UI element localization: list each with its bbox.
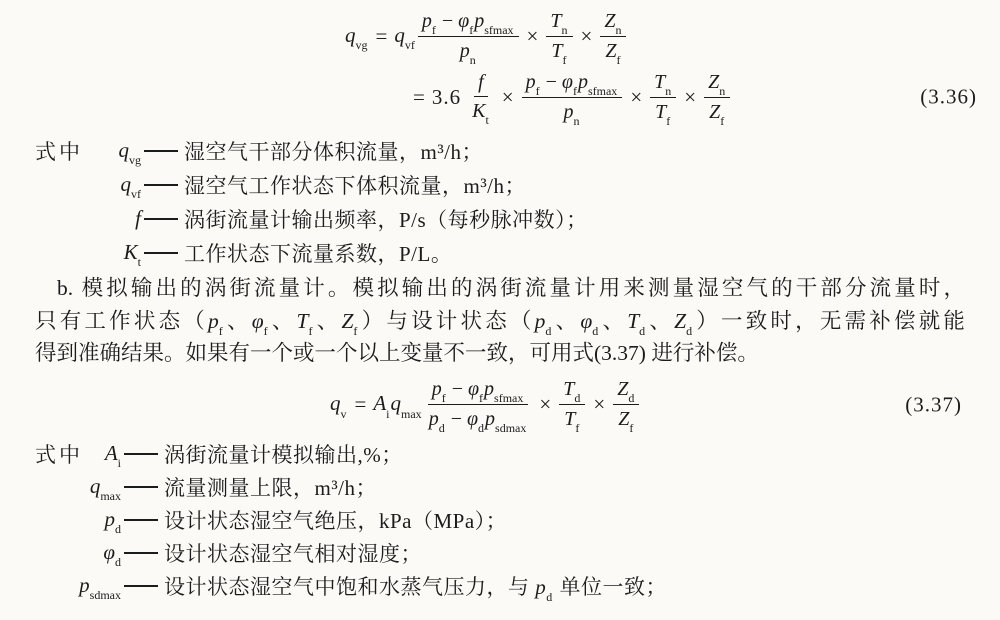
math-variable: f (135, 206, 141, 230)
definition-list-2: 式中 Ai 涡街流量计模拟输出,%； qmax 流量测量上限，m³/h； pd … (0, 438, 1000, 603)
fraction-temperature: Tn Tf (650, 70, 676, 125)
term: φd (103, 540, 122, 566)
math-variable: p (474, 10, 484, 32)
definition-dash (124, 552, 158, 554)
definition-text: 设计状态湿空气绝压，kPa（MPa）； (164, 505, 507, 535)
definition-dash (124, 453, 158, 455)
fraction-numerator: Zn (704, 70, 730, 98)
math-operator: × (527, 24, 539, 49)
fraction-denominator: Tf (651, 98, 675, 125)
definition-text: 湿空气干部分体积流量，m³/h； (184, 136, 483, 166)
math-term: Ai (373, 391, 390, 417)
fraction-compressibility: Zd Zf (613, 377, 639, 432)
term-cell: Kt (35, 240, 142, 266)
term: f (135, 206, 142, 232)
math-subscript: f (616, 53, 620, 67)
fraction-denominator: Zf (705, 98, 729, 125)
math-variable: T (564, 408, 575, 430)
math-variable: A (373, 391, 386, 415)
math-variable: q (90, 474, 101, 498)
definition-dash (144, 252, 178, 254)
math-subscript: f (666, 114, 670, 128)
math-term: qv (330, 391, 348, 417)
math-variable: T (551, 40, 562, 62)
math-variable: Z (709, 101, 720, 123)
fraction-pressure-ratio: pf−φfpsfmax pd−φdpsdmax (425, 377, 532, 432)
math-term: qmax (391, 391, 423, 417)
document-page: qvg = qvf pf−φfpsfmax pn × Tn Tf × Zn Zf… (0, 0, 1000, 603)
math-subscript: sfmax (588, 84, 617, 98)
math-subscript: v (341, 407, 347, 421)
text-run: ）一致时，无需补偿就能 (693, 309, 965, 333)
math-subscript: f (720, 114, 724, 128)
math-variable: q (391, 391, 402, 415)
definition-text: 流量测量上限，m³/h； (164, 472, 377, 502)
math-subscript: vf (131, 187, 141, 201)
math-operator: = (413, 85, 425, 110)
fraction-denominator: Tf (560, 405, 584, 432)
term-cell: f (35, 206, 142, 232)
paragraph-line: b. 模拟输出的涡街流量计。模拟输出的涡街流量计用来测量湿空气的干部分流量时， (35, 272, 965, 305)
paragraph-line: 得到准确结果。如果有一个或一个以上变量不一致，可用式(3.37) 进行补偿。 (35, 337, 965, 370)
math-variable: p (460, 40, 470, 62)
math-subscript: vg (129, 153, 141, 167)
term: qvf (121, 172, 143, 198)
definition-item: Kt 工作状态下流量系数，P/L。 (0, 236, 1000, 270)
definition-dash (124, 519, 158, 521)
math-variable: T (550, 10, 561, 32)
math-subscript: d (115, 555, 121, 569)
fraction-denominator: Zf (614, 405, 638, 432)
definition-text: 设计状态湿空气相对湿度； (164, 538, 422, 568)
math-variable: Z (708, 71, 719, 93)
definition-text: 工作状态下流量系数，P/L。 (184, 238, 452, 268)
math-variable: q (119, 138, 130, 162)
math-variable: φ (468, 378, 479, 400)
paragraph-line: 只有工作状态（pf、φf、Tf、Zf）与设计状态（pd、φd、Td、Zd）一致时… (35, 305, 965, 338)
definition-text: 湿空气工作状态下体积流量，m³/h； (184, 170, 526, 200)
definition-item: pd 设计状态湿空气绝压，kPa（MPa）； (0, 504, 1000, 537)
definition-item: psdmax 设计状态湿空气中饱和水蒸气压力，与 pd 单位一致； (0, 570, 1000, 603)
math-subscript: f (264, 324, 268, 338)
math-variable: p (432, 378, 442, 400)
text-run: 、 (314, 309, 342, 333)
math-variable: p (563, 101, 573, 123)
term-cell: 式中 Ai (35, 439, 122, 469)
fraction-numerator: f (474, 70, 488, 97)
definition-text: 设计状态湿空气中饱和水蒸气压力，与 pd 单位一致； (164, 571, 667, 601)
term-cell: qmax (35, 474, 122, 500)
fraction-wet-air: pf−φfpsfmax pn (522, 70, 623, 125)
fraction-frequency: f Kt (468, 70, 494, 124)
math-coefficient: 3.6 (432, 85, 461, 110)
math-variable: q (345, 23, 356, 47)
fraction-temperature: Tn Tf (546, 9, 572, 64)
math-operator: × (539, 392, 551, 417)
definition-item: 式中 qvg 湿空气干部分体积流量，m³/h； (0, 134, 1000, 168)
math-variable: q (394, 23, 405, 47)
math-subscript: sdmax (495, 421, 526, 435)
fraction-numerator: pf−φfpsfmax (522, 70, 623, 98)
math-operator: − (442, 10, 453, 32)
math-variable: f (478, 71, 484, 93)
text-run: 只有工作状态（ (35, 309, 208, 333)
math-operator: − (451, 408, 462, 430)
math-subscript: f (219, 324, 223, 338)
definition-item: φd 设计状态湿空气相对湿度； (0, 537, 1000, 570)
math-subscript: sfmax (484, 23, 513, 37)
math-variable: T (655, 101, 666, 123)
math-subscript: d (478, 421, 484, 435)
fraction-temperature: Td Tf (559, 377, 585, 432)
math-operator: × (684, 85, 696, 110)
math-subscript: n (615, 23, 621, 37)
text-run: 单位一致； (554, 575, 667, 599)
math-subscript: sdmax (90, 588, 121, 602)
term-cell: pd (35, 507, 122, 533)
math-variable: p (484, 378, 494, 400)
math-operator: × (593, 392, 605, 417)
text-run: 、 (269, 309, 297, 333)
math-subscript: f (536, 84, 540, 98)
term: Kt (124, 240, 142, 266)
term: psdmax (79, 573, 122, 599)
where-label: 式中 (35, 136, 83, 166)
math-subscript: t (138, 255, 141, 269)
math-variable: Z (674, 309, 686, 333)
math-variable: A (105, 441, 118, 465)
math-subscript: f (353, 324, 357, 338)
fraction-numerator: pf−φfpsfmax (418, 9, 519, 37)
fraction-numerator: Tn (546, 9, 572, 37)
math-variable: p (208, 309, 219, 333)
fraction-denominator: Zf (601, 37, 625, 64)
math-subscript: d (115, 522, 121, 536)
math-subscript: i (386, 407, 389, 421)
definition-dash (124, 585, 158, 587)
math-variable: Z (341, 309, 353, 333)
fraction-numerator: Td (559, 377, 585, 405)
math-term: qvg (345, 23, 369, 49)
term-cell: 式中 qvg (35, 136, 142, 166)
math-subscript: d (439, 421, 445, 435)
equation-3-36-line-1: qvg = qvf pf−φfpsfmax pn × Tn Tf × Zn Zf (0, 8, 1000, 64)
math-variable: T (654, 71, 665, 93)
math-variable: p (422, 10, 432, 32)
fraction-compressibility: Zn Zf (600, 9, 626, 64)
math-variable: Z (617, 378, 628, 400)
math-variable: φ (467, 408, 478, 430)
math-operator: × (502, 85, 514, 110)
fraction-denominator: Tf (547, 37, 571, 64)
math-variable: p (485, 408, 495, 430)
math-subscript: n (562, 23, 568, 37)
text-run: 、 (599, 309, 627, 333)
math-variable: K (124, 240, 138, 264)
text-run: 、 (224, 309, 252, 333)
math-subscript: f (629, 421, 633, 435)
math-subscript: f (479, 391, 483, 405)
math-subscript: max (100, 489, 121, 503)
math-variable: T (627, 309, 639, 333)
math-subscript: vg (356, 38, 368, 52)
term-cell: qvf (35, 172, 142, 198)
math-variable: q (121, 172, 132, 196)
math-variable: T (563, 378, 574, 400)
fraction-wet-air: pf−φfpsfmax pn (418, 9, 519, 64)
fraction-denominator: Kt (468, 97, 494, 124)
text-run: ）与设计状态（ (358, 309, 534, 333)
math-variable: p (429, 408, 439, 430)
fraction-numerator: Zn (600, 9, 626, 37)
math-variable: φ (252, 309, 264, 333)
math-subscript: vf (405, 38, 415, 52)
term: Ai (105, 441, 122, 467)
math-subscript: d (592, 324, 598, 338)
fraction-numerator: Zd (613, 377, 639, 405)
math-subscript: f (309, 324, 313, 338)
math-subscript: i (118, 456, 121, 470)
text-run: 、 (646, 309, 674, 333)
math-variable: p (105, 507, 116, 531)
math-subscript: n (665, 84, 671, 98)
where-label: 式中 (35, 439, 83, 469)
math-variable: φ (458, 10, 469, 32)
equation-number-3-36: (3.36) (920, 85, 977, 110)
math-variable: p (535, 575, 546, 599)
math-variable: q (330, 391, 341, 415)
math-operator: = (376, 24, 388, 49)
math-operator: − (452, 378, 463, 400)
definition-dash (124, 486, 158, 488)
fraction-denominator: pd−φdpsdmax (425, 405, 532, 432)
term: pd (105, 507, 123, 533)
math-variable: φ (103, 540, 115, 564)
math-variable: T (297, 309, 309, 333)
math-operator: − (546, 71, 557, 93)
definition-dash (144, 218, 178, 220)
math-term: qvf (394, 23, 416, 49)
math-subscript: d (686, 324, 692, 338)
math-subscript: d (545, 324, 551, 338)
math-subscript: sfmax (494, 391, 523, 405)
definition-item: f 涡街流量计输出频率，P/s（每秒脉冲数）； (0, 202, 1000, 236)
math-operator: = (355, 392, 367, 417)
term-cell: φd (35, 540, 122, 566)
fraction-compressibility: Zn Zf (704, 70, 730, 125)
math-subscript: f (442, 391, 446, 405)
fraction-denominator: pn (456, 37, 481, 64)
math-variable: p (535, 309, 546, 333)
definition-dash (144, 184, 178, 186)
math-variable: p (526, 71, 536, 93)
fraction-numerator: Tn (650, 70, 676, 98)
equation-number-3-37: (3.37) (905, 392, 962, 417)
definition-item: qmax 流量测量上限，m³/h； (0, 471, 1000, 504)
text-run: 、 (552, 309, 580, 333)
term: qmax (90, 474, 122, 500)
definition-dash (144, 150, 178, 152)
math-subscript: n (470, 53, 476, 67)
math-subscript: n (573, 114, 579, 128)
math-subscript: n (719, 84, 725, 98)
term: qvg (119, 138, 143, 164)
term-cell: psdmax (35, 573, 122, 599)
math-variable: Z (618, 408, 629, 430)
definition-item: 式中 Ai 涡街流量计模拟输出,%； (0, 438, 1000, 471)
math-subscript: f (575, 421, 579, 435)
math-variable: φ (580, 309, 592, 333)
definition-item: qvf 湿空气工作状态下体积流量，m³/h； (0, 168, 1000, 202)
math-variable: Z (604, 10, 615, 32)
math-subscript: d (574, 391, 580, 405)
equation-3-36-line-2: = 3.6 f Kt × pf−φfpsfmax pn × Tn Tf × Zn… (0, 68, 1000, 126)
fraction-denominator: pn (559, 98, 584, 125)
math-operator: × (630, 85, 642, 110)
math-subscript: d (639, 324, 645, 338)
text-run: 设计状态湿空气中饱和水蒸气压力，与 (164, 575, 535, 599)
math-variable: φ (562, 71, 573, 93)
fraction-numerator: pf−φfpsfmax (428, 377, 529, 405)
math-subscript: f (573, 84, 577, 98)
math-subscript: d (546, 590, 553, 604)
math-variable: Z (605, 40, 616, 62)
math-operator: × (581, 24, 593, 49)
definition-list-1: 式中 qvg 湿空气干部分体积流量，m³/h； qvf 湿空气工作状态下体积流量… (0, 134, 1000, 270)
math-variable: K (472, 100, 485, 122)
math-subscript: d (628, 391, 634, 405)
math-subscript: f (563, 53, 567, 67)
math-subscript: max (401, 407, 422, 421)
math-variable: p (578, 71, 588, 93)
math-subscript: f (432, 23, 436, 37)
body-paragraph: b. 模拟输出的涡街流量计。模拟输出的涡街流量计用来测量湿空气的干部分流量时， … (35, 272, 965, 370)
definition-text: 涡街流量计输出频率，P/s（每秒脉冲数）； (184, 204, 588, 234)
math-subscript: t (485, 113, 488, 127)
math-variable: p (79, 573, 90, 597)
math-subscript: f (469, 23, 473, 37)
definition-text: 涡街流量计模拟输出,%； (164, 439, 403, 469)
equation-3-37: qv = Ai qmax pf−φfpsfmax pd−φdpsdmax × T… (0, 376, 1000, 434)
